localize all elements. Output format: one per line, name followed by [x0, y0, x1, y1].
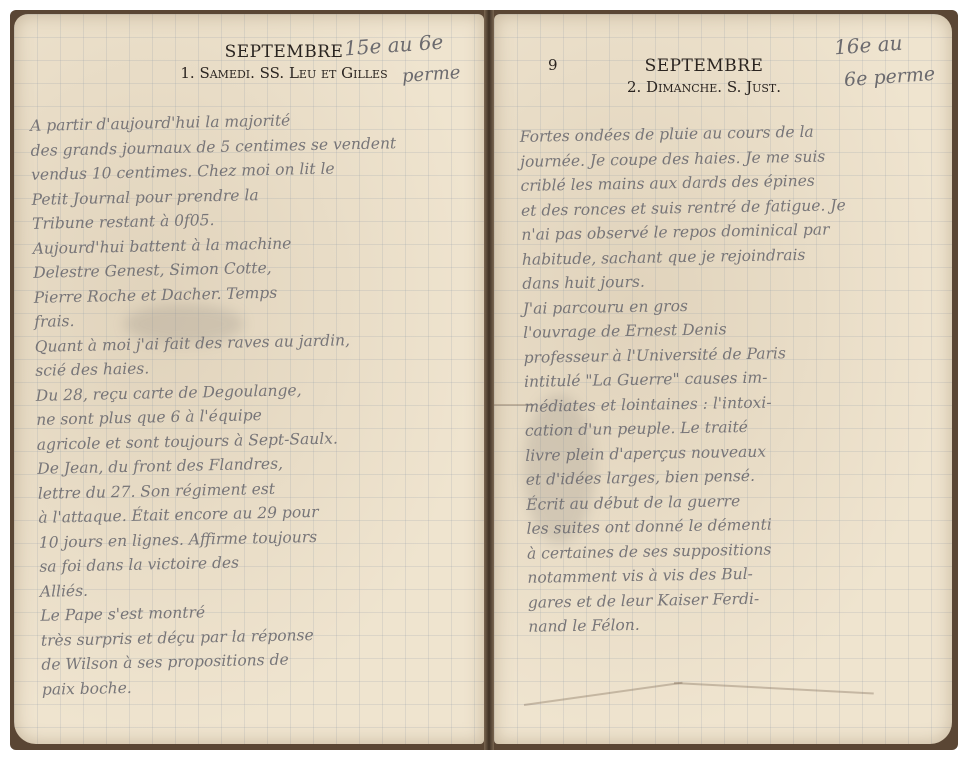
right-handwritten-entry: Fortes ondées de pluie au cours de la jo…: [520, 119, 854, 639]
diary-book: SEPTEMBRE 1. Samedi. SS. Leu et Gilles 1…: [10, 10, 958, 750]
left-handwritten-entry: A partir d'aujourd'hui la majorité des g…: [30, 106, 408, 702]
right-page: 9 SEPTEMBRE 2. Dimanche. S. Just. 16e au…: [494, 14, 952, 744]
page-crease: [674, 682, 874, 694]
left-margin-note-leave: perme: [401, 62, 461, 88]
book-spine: [484, 10, 494, 750]
right-page-header: SEPTEMBRE 2. Dimanche. S. Just.: [554, 56, 854, 96]
right-margin-note-leave: 6e perme: [843, 63, 935, 91]
entry-line: nand le Félon.: [528, 609, 853, 639]
right-month-title: SEPTEMBRE: [554, 56, 854, 76]
page-crease: [524, 682, 683, 706]
left-page: SEPTEMBRE 1. Samedi. SS. Leu et Gilles 1…: [14, 14, 484, 744]
right-margin-note-days: 16e au: [833, 32, 903, 59]
right-day-line: 2. Dimanche. S. Just.: [554, 78, 854, 96]
